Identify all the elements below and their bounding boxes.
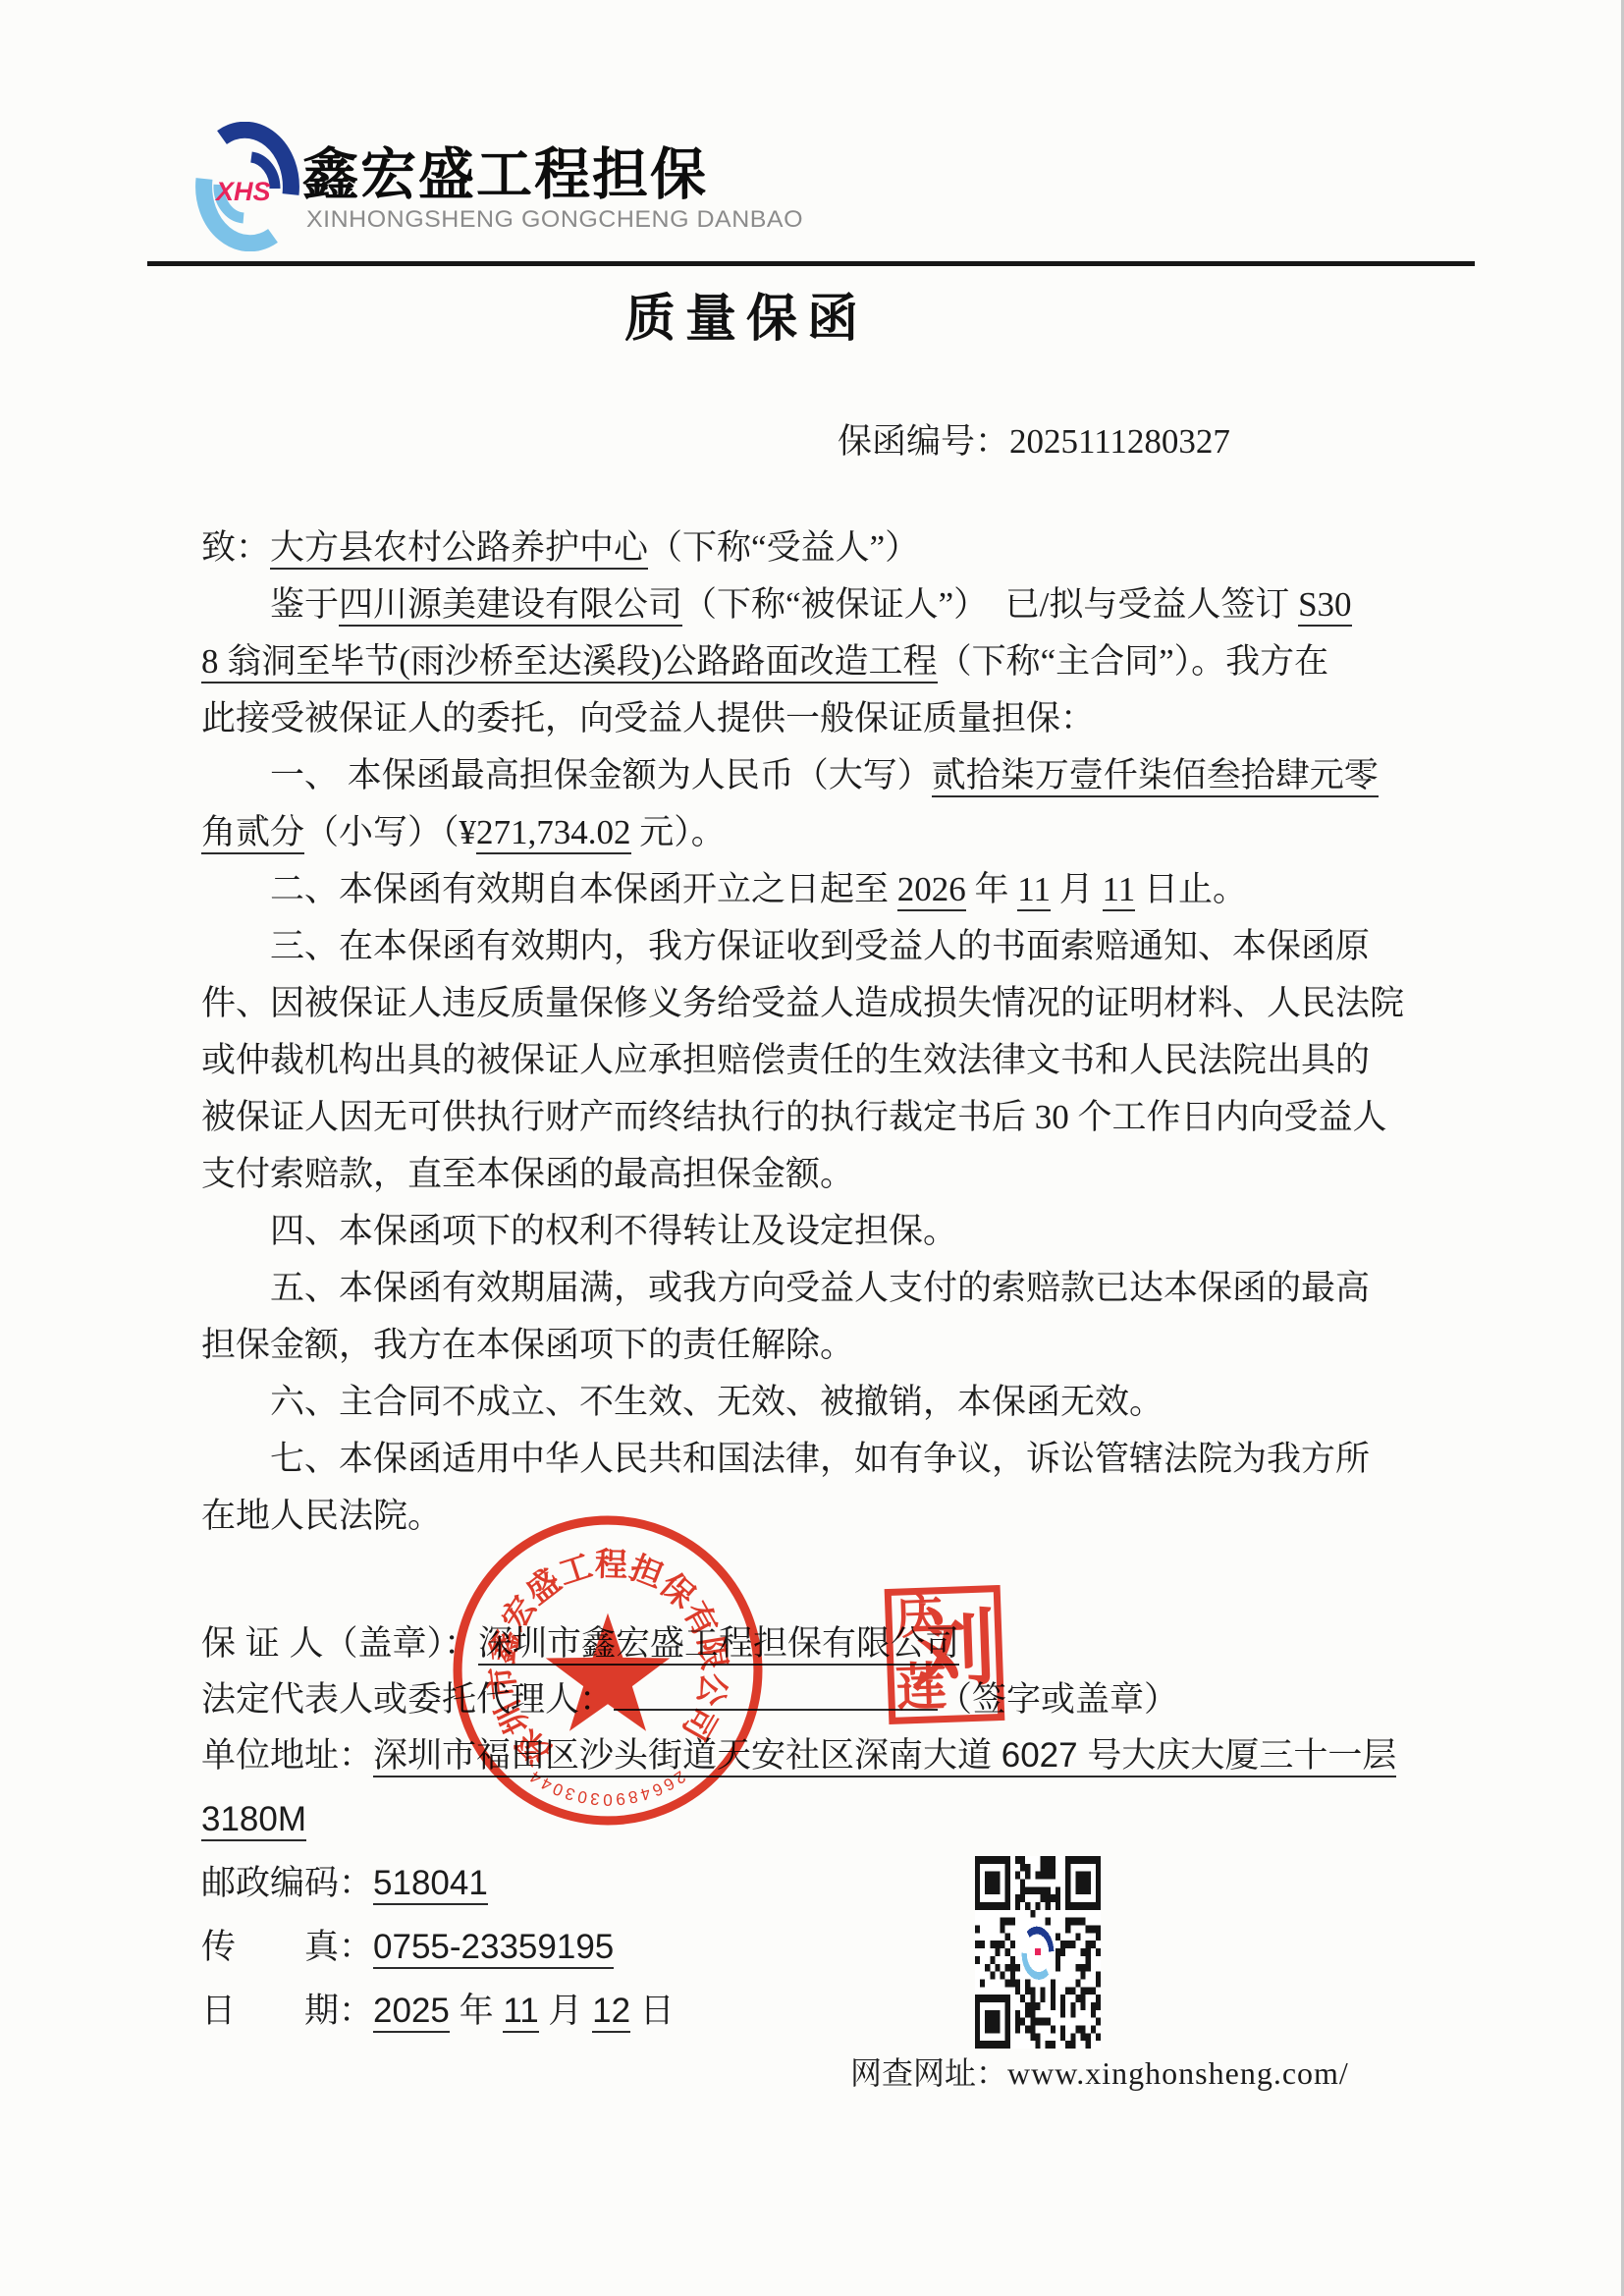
plain-text: （签字或盖章）: [938, 1680, 1178, 1719]
text-line: 件、因被保证人违反质量保修义务给受益人造成损失情况的证明材料、人民法院: [201, 975, 1419, 1032]
document-page: XHS 鑫宏盛工程担保 XINHONGSHENG GONGCHENG DANBA…: [0, 0, 1624, 2296]
underlined-text: S30: [1298, 585, 1351, 627]
body-text: 致：大方县农村公路养护中心（下称“受益人”）鉴于四川源美建设有限公司（下称“被保…: [201, 519, 1419, 1545]
text-line: 8 翁洞至毕节(雨沙桥至达溪段)公路路面改造工程（下称“主合同”）。我方在: [201, 633, 1419, 690]
plain-text: 或仲裁机构出具的被保证人应承担赔偿责任的生效法律文书和人民法院出具的: [201, 1041, 1370, 1079]
underlined-text: 8 翁洞至毕节(雨沙桥至达溪段)公路路面改造工程: [201, 642, 938, 683]
plain-text: 支付索赔款，直至本保函的最高担保金额。: [201, 1155, 854, 1193]
plain-text: （小写）（¥: [304, 813, 476, 851]
plain-text: 致：: [201, 528, 270, 567]
text-line: 法定代表人或委托代理人：（签字或盖章）: [201, 1671, 1438, 1727]
text-line: 3180M: [201, 1791, 1438, 1847]
text-line: 单位地址：深圳市福田区沙头街道天安社区深南大道 6027 号大庆大厦三十一层: [201, 1727, 1438, 1783]
text-line: 保 证 人（盖章）：深圳市鑫宏盛工程担保有限公司: [201, 1615, 1438, 1671]
text-line: 四、本保函项下的权利不得转让及设定担保。: [201, 1203, 1419, 1260]
plain-text: 月: [1051, 870, 1103, 908]
text-line: 在地人民法院。: [201, 1488, 1419, 1545]
text-line: 被保证人因无可供执行财产而终结执行的执行裁定书后 30 个工作日内向受益人: [201, 1089, 1419, 1146]
plain-text: 四、本保函项下的权利不得转让及设定担保。: [270, 1212, 957, 1250]
text-line: 或仲裁机构出具的被保证人应承担赔偿责任的生效法律文书和人民法院出具的: [201, 1032, 1419, 1089]
underlined-text: 518041: [373, 1864, 488, 1905]
plain-text: 日止。: [1135, 870, 1247, 908]
ref-value: 2025111280327: [1009, 422, 1230, 461]
underlined-text: 271,734.02: [476, 813, 631, 854]
text-line: 鉴于四川源美建设有限公司（下称“被保证人”） 已/拟与受益人签订 S30: [201, 576, 1419, 633]
underlined-text: 深圳市福田区沙头街道天安社区深南大道 6027 号大庆大厦三十一层: [373, 1736, 1396, 1777]
logo-swirl-icon: XHS: [192, 122, 300, 251]
svg-text:盛: 盛: [519, 1562, 568, 1612]
underlined-text: 大方县农村公路养护中心: [270, 528, 648, 570]
underlined-text: 12: [592, 1992, 630, 2033]
text-line: 角贰分（小写）（¥271,734.02 元）。: [201, 804, 1419, 861]
plain-text: 邮政编码：: [201, 1864, 373, 1902]
svg-text:保: 保: [653, 1567, 701, 1616]
underlined-text: 2025: [373, 1992, 450, 2033]
underlined-text: 贰拾柒万壹仟柒佰叁拾肆元零: [932, 756, 1379, 797]
ref-label: 保函编号：: [838, 422, 1009, 461]
text-line: 传 真：0755-23359195: [201, 1919, 1438, 1975]
plain-text: （下称“受益人”）: [648, 528, 919, 567]
verify-url-label: 网查网址：: [850, 2055, 1007, 2091]
signature-block: 保 证 人（盖章）：深圳市鑫宏盛工程担保有限公司法定代表人或委托代理人：（签字或…: [201, 1615, 1438, 2039]
underlined-text: 四川源美建设有限公司: [339, 585, 682, 627]
text-line: 二、本保函有效期自本保函开立之日起至 2026 年 11 月 11 日止。: [201, 861, 1419, 918]
verify-url: 网查网址：www.xinghonsheng.com/: [850, 2049, 1349, 2094]
plain-text: 法定代表人或委托代理人：: [201, 1680, 614, 1719]
plain-text: 五、本保函有效期届满，或我方向受益人支付的索赔款已达本保函的最高: [270, 1269, 1370, 1307]
plain-text: 六、主合同不成立、不生效、无效、被撤销，本保函无效。: [270, 1383, 1164, 1421]
plain-text: 月: [539, 1992, 592, 2030]
text-line: 三、在本保函有效期内，我方保证收到受益人的书面索赔通知、本保函原: [201, 918, 1419, 975]
underlined-text: 角贰分: [201, 813, 304, 854]
logo-xhs-text: XHS: [214, 177, 271, 206]
plain-text: 单位地址：: [201, 1736, 373, 1775]
plain-text: 年: [966, 870, 1018, 908]
underlined-text: 11: [1103, 870, 1136, 911]
plain-text: 元）。: [631, 813, 726, 851]
text-line: 邮政编码：518041: [201, 1855, 1438, 1911]
plain-text: 保 证 人（盖章）：: [201, 1624, 478, 1663]
verify-url-value: www.xinghonsheng.com/: [1007, 2055, 1349, 2091]
plain-text: 被保证人因无可供执行财产而终结执行的执行裁定书后 30 个工作日内向受益人: [201, 1098, 1387, 1136]
plain-text: 担保金额，我方在本保函项下的责任解除。: [201, 1326, 854, 1364]
text-line: 日 期：2025 年 11 月 12 日: [201, 1983, 1438, 2039]
plain-text: （下称“被保证人”） 已/拟与受益人签订: [682, 585, 1298, 624]
text-line: 五、本保函有效期届满，或我方向受益人支付的索赔款已达本保函的最高: [201, 1260, 1419, 1317]
text-line: 七、本保函适用中华人民共和国法律，如有争议，诉讼管辖法院为我方所: [201, 1431, 1419, 1488]
company-logo: XHS: [192, 122, 300, 251]
svg-text:程: 程: [594, 1547, 628, 1584]
underlined-text: 深圳市鑫宏盛工程担保有限公司: [478, 1624, 959, 1666]
svg-text:工: 工: [555, 1548, 597, 1592]
underlined-text: [614, 1671, 938, 1711]
plain-text: 件、因被保证人违反质量保修义务给受益人造成损失情况的证明材料、人民法院: [201, 984, 1404, 1022]
plain-text: 三、在本保函有效期内，我方保证收到受益人的书面索赔通知、本保函原: [270, 927, 1370, 965]
underlined-text: 11: [503, 1992, 538, 2033]
text-line: 此接受被保证人的委托，向受益人提供一般保证质量担保：: [201, 690, 1419, 747]
qr-code: [975, 1856, 1101, 2049]
plain-text: 年: [450, 1992, 503, 2030]
page-title: 质量保函: [393, 277, 1100, 351]
text-line: 一、 本保函最高担保金额为人民币（大写）贰拾柒万壹仟柒佰叁拾肆元零: [201, 747, 1419, 804]
plain-text: 鉴于: [270, 585, 339, 624]
ref-number: 保函编号：2025111280327: [838, 414, 1230, 464]
plain-text: （下称“主合同”）。我方在: [938, 642, 1329, 681]
underlined-text: 2026: [897, 870, 966, 911]
plain-text: 日 期：: [201, 1992, 373, 2030]
underlined-text: 3180M: [201, 1800, 306, 1841]
underlined-text: 11: [1017, 870, 1051, 911]
svg-text:担: 担: [624, 1550, 668, 1596]
plain-text: 七、本保函适用中华人民共和国法律，如有争议，诉讼管辖法院为我方所: [270, 1440, 1370, 1478]
plain-text: 日: [630, 1992, 675, 2030]
text-line: 担保金额，我方在本保函项下的责任解除。: [201, 1317, 1419, 1374]
text-line: 六、主合同不成立、不生效、无效、被撤销，本保函无效。: [201, 1374, 1419, 1431]
plain-text: 此接受被保证人的委托，向受益人提供一般保证质量担保：: [201, 699, 1095, 738]
text-line: 支付索赔款，直至本保函的最高担保金额。: [201, 1146, 1419, 1203]
company-pinyin: XINHONGSHENG GONGCHENG DANBAO: [306, 206, 803, 234]
text-line: 致：大方县农村公路养护中心（下称“受益人”）: [201, 519, 1419, 576]
company-name: 鑫宏盛工程担保: [302, 130, 708, 210]
plain-text: 传 真：: [201, 1928, 373, 1966]
plain-text: 一、 本保函最高担保金额为人民币（大写）: [270, 756, 932, 794]
underlined-text: 0755-23359195: [373, 1928, 614, 1969]
plain-text: 二、本保函有效期自本保函开立之日起至: [270, 870, 897, 908]
plain-text: 在地人民法院。: [201, 1497, 442, 1535]
header-divider: [147, 261, 1475, 266]
